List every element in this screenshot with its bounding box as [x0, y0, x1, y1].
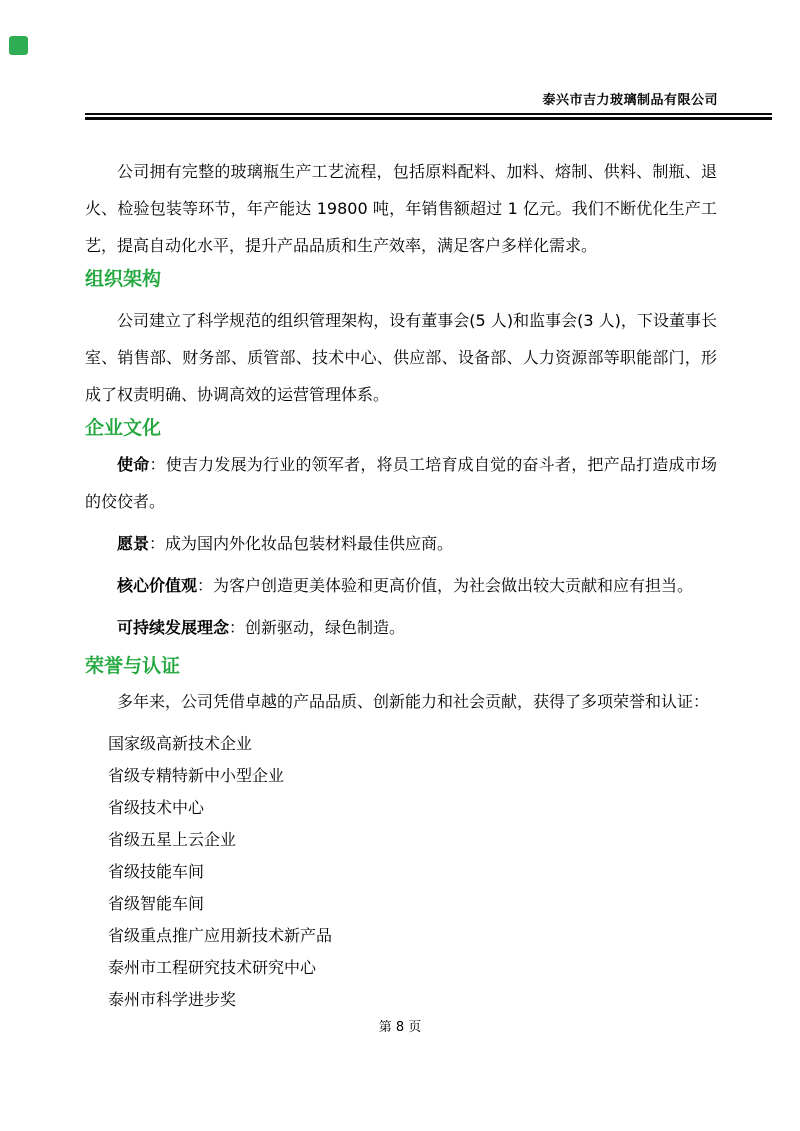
- honor-item: 省级技能车间: [108, 856, 717, 888]
- culture-separator: ：: [229, 618, 245, 637]
- culture-label-values: 核心价值观: [117, 576, 197, 595]
- section-title-organization: 组织架构: [85, 264, 717, 294]
- culture-text-values: 为客户创造更美体验和更高价值，为社会做出较大贡献和应有担当。: [213, 576, 693, 595]
- header-rule: [85, 113, 772, 120]
- culture-item-sustainability: 可持续发展理念：创新驱动，绿色制造。: [85, 609, 717, 646]
- culture-item-values: 核心价值观：为客户创造更美体验和更高价值，为社会做出较大贡献和应有担当。: [85, 567, 717, 604]
- page-footer: 第 8 页: [0, 1020, 800, 1036]
- organization-paragraph: 公司建立了科学规范的组织管理架构，设有董事会(5 人)和监事会(3 人)，下设董…: [85, 302, 717, 413]
- culture-label-sustainability: 可持续发展理念: [117, 618, 229, 637]
- honors-intro-paragraph: 多年来，公司凭借卓越的产品品质、创新能力和社会贡献，获得了多项荣誉和认证：: [85, 683, 717, 720]
- culture-separator: ：: [197, 576, 213, 595]
- green-corner-marker: [9, 36, 28, 55]
- section-title-culture: 企业文化: [85, 413, 717, 443]
- culture-item-vision: 愿景：成为国内外化妆品包装材料最佳供应商。: [85, 525, 717, 562]
- culture-label-mission: 使命: [117, 455, 149, 474]
- honor-item: 泰州市工程研究技术研究中心: [108, 952, 717, 984]
- culture-label-vision: 愿景: [117, 534, 149, 553]
- culture-text-vision: 成为国内外化妆品包装材料最佳供应商。: [165, 534, 453, 553]
- honors-list: 国家级高新技术企业 省级专精特新中小型企业 省级技术中心 省级五星上云企业 省级…: [85, 728, 717, 1016]
- culture-separator: ：: [149, 455, 165, 474]
- honor-item: 泰州市科学进步奖: [108, 984, 717, 1016]
- honor-item: 国家级高新技术企业: [108, 728, 717, 760]
- section-title-honors: 荣誉与认证: [85, 651, 717, 681]
- culture-text-mission: 使吉力发展为行业的领军者，将员工培育成自觉的奋斗者，把产品打造成市场的佼佼者。: [85, 455, 717, 511]
- page-header: 泰兴市吉力玻璃制品有限公司: [0, 0, 800, 109]
- honor-item: 省级五星上云企业: [108, 824, 717, 856]
- honor-item: 省级智能车间: [108, 888, 717, 920]
- honor-item: 省级技术中心: [108, 792, 717, 824]
- honor-item: 省级专精特新中小型企业: [108, 760, 717, 792]
- page-number: 第 8 页: [379, 1020, 422, 1035]
- culture-text-sustainability: 创新驱动，绿色制造。: [245, 618, 405, 637]
- culture-item-mission: 使命：使吉力发展为行业的领军者，将员工培育成自觉的奋斗者，把产品打造成市场的佼佼…: [85, 446, 717, 520]
- honor-item: 省级重点推广应用新技术新产品: [108, 920, 717, 952]
- document-body: 公司拥有完整的玻璃瓶生产工艺流程，包括原料配料、加料、熔制、供料、制瓶、退火、检…: [85, 153, 717, 1016]
- intro-paragraph: 公司拥有完整的玻璃瓶生产工艺流程，包括原料配料、加料、熔制、供料、制瓶、退火、检…: [85, 153, 717, 264]
- header-company-name: 泰兴市吉力玻璃制品有限公司: [542, 93, 718, 108]
- document-page: 泰兴市吉力玻璃制品有限公司 公司拥有完整的玻璃瓶生产工艺流程，包括原料配料、加料…: [0, 0, 800, 1131]
- culture-separator: ：: [149, 534, 165, 553]
